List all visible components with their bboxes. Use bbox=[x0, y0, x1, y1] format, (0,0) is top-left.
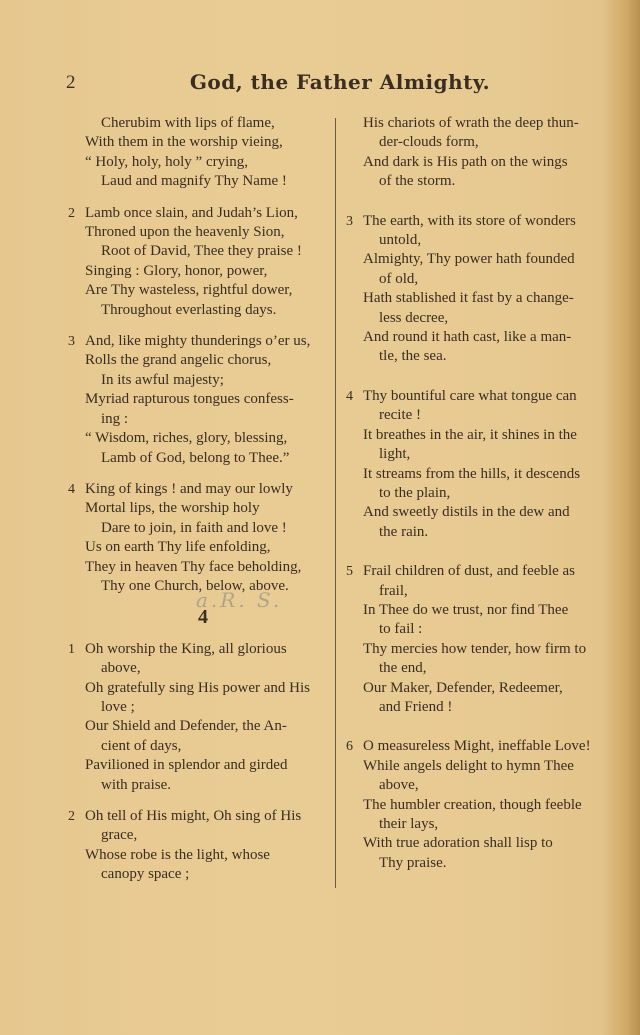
verse-line: Whose robe is the light, whose bbox=[68, 846, 334, 865]
verse-line: Laud and magnify Thy Name ! bbox=[68, 172, 334, 191]
stanza-number: 2 bbox=[68, 807, 75, 826]
verse-line: grace, bbox=[68, 826, 334, 845]
verse-line: Lamb once slain, and Judah’s Lion, bbox=[68, 204, 334, 223]
verse-line: Cherubim with lips of flame, bbox=[68, 114, 334, 133]
verse-line: Thy praise. bbox=[346, 854, 610, 873]
verse-line: Thy bountiful care what tongue can bbox=[346, 387, 610, 406]
stanza: 2Oh tell of His might, Oh sing of Hisgra… bbox=[68, 807, 334, 885]
verse-line: Root of David, Thee they praise ! bbox=[68, 242, 334, 261]
verse-line: above, bbox=[68, 659, 334, 678]
stanza: 4King of kings ! and may our lowlyMortal… bbox=[68, 480, 334, 596]
verse-line: recite ! bbox=[346, 406, 610, 425]
stanza-number: 2 bbox=[68, 204, 75, 223]
verse-line: King of kings ! and may our lowly bbox=[68, 480, 334, 499]
verse-line: frail, bbox=[346, 582, 610, 601]
stanza-number: 1 bbox=[68, 640, 75, 659]
stanza: 6O measureless Might, ineffable Love!Whi… bbox=[346, 737, 610, 873]
verse-line: the rain. bbox=[346, 523, 610, 542]
verse-line: their lays, bbox=[346, 815, 610, 834]
verse-line: the end, bbox=[346, 659, 610, 678]
verse-line: ing : bbox=[68, 410, 334, 429]
hymn-4-continued: His chariots of wrath the deep thun-der-… bbox=[346, 114, 610, 873]
verse-line: While angels delight to hymn Thee bbox=[346, 757, 610, 776]
verse-line: It breathes in the air, it shines in the bbox=[346, 426, 610, 445]
verse-line: Thy one Church, below, above. bbox=[68, 577, 334, 596]
verse-line: der-clouds form, bbox=[346, 133, 610, 152]
stanza: Cherubim with lips of flame,With them in… bbox=[68, 114, 334, 192]
verse-line: Lamb of God, belong to Thee.” bbox=[68, 449, 334, 468]
stanza-number: 3 bbox=[346, 212, 353, 231]
verse-line: of the storm. bbox=[346, 172, 610, 191]
verse-line: “ Holy, holy, holy ” crying, bbox=[68, 153, 334, 172]
verse-line: The humbler creation, though feeble bbox=[346, 796, 610, 815]
verse-line: And, like mighty thunderings o’er us, bbox=[68, 332, 334, 351]
verse-line: And sweetly distils in the dew and bbox=[346, 503, 610, 522]
verse-line: with praise. bbox=[68, 776, 334, 795]
verse-line: cient of days, bbox=[68, 737, 334, 756]
stanza: His chariots of wrath the deep thun-der-… bbox=[346, 114, 610, 192]
verse-line: With true adoration shall lisp to bbox=[346, 834, 610, 853]
stanza-number: 4 bbox=[346, 387, 353, 406]
left-column: Cherubim with lips of flame,With them in… bbox=[68, 114, 334, 897]
verse-line: light, bbox=[346, 445, 610, 464]
verse-line: Oh worship the King, all glorious bbox=[68, 640, 334, 659]
verse-line: of old, bbox=[346, 270, 610, 289]
verse-line: Dare to join, in faith and love ! bbox=[68, 519, 334, 538]
verse-line: Rolls the grand angelic chorus, bbox=[68, 351, 334, 370]
verse-line: Myriad rapturous tongues confess- bbox=[68, 390, 334, 409]
right-column: His chariots of wrath the deep thun-der-… bbox=[346, 114, 610, 893]
hymn-3-continued: Cherubim with lips of flame,With them in… bbox=[68, 114, 334, 596]
verse-line: Hath stablished it fast by a change- bbox=[346, 289, 610, 308]
verse-line: And dark is His path on the wings bbox=[346, 153, 610, 172]
verse-line: Thy mercies how tender, how firm to bbox=[346, 640, 610, 659]
verse-line: Throughout everlasting days. bbox=[68, 301, 334, 320]
verse-line: And round it hath cast, like a man- bbox=[346, 328, 610, 347]
stanza-number: 4 bbox=[68, 480, 75, 499]
stanza: 2Lamb once slain, and Judah’s Lion,Thron… bbox=[68, 204, 334, 320]
stanza: 5Frail children of dust, and feeble asfr… bbox=[346, 562, 610, 717]
verse-line: canopy space ; bbox=[68, 865, 334, 884]
verse-line: Frail children of dust, and feeble as bbox=[346, 562, 610, 581]
stanza: 4Thy bountiful care what tongue canrecit… bbox=[346, 387, 610, 542]
verse-line: Mortal lips, the worship holy bbox=[68, 499, 334, 518]
verse-line: Pavilioned in splendor and girded bbox=[68, 756, 334, 775]
verse-line: It streams from the hills, it descends bbox=[346, 465, 610, 484]
verse-line: They in heaven Thy face beholding, bbox=[68, 558, 334, 577]
stanza: 3The earth, with its store of wondersunt… bbox=[346, 212, 610, 367]
verse-line: Oh tell of His might, Oh sing of His bbox=[68, 807, 334, 826]
verse-line: tle, the sea. bbox=[346, 347, 610, 366]
verse-line: love ; bbox=[68, 698, 334, 717]
verse-line: and Friend ! bbox=[346, 698, 610, 717]
stanza-number: 5 bbox=[346, 562, 353, 581]
stanza: 3And, like mighty thunderings o’er us,Ro… bbox=[68, 332, 334, 468]
verse-line: With them in the worship vieing, bbox=[68, 133, 334, 152]
verse-line: Oh gratefully sing His power and His bbox=[68, 679, 334, 698]
verse-line: In Thee do we trust, nor find Thee bbox=[346, 601, 610, 620]
verse-line: Our Maker, Defender, Redeemer, bbox=[346, 679, 610, 698]
verse-line: Us on earth Thy life enfolding, bbox=[68, 538, 334, 557]
column-divider bbox=[335, 118, 336, 888]
verse-line: Are Thy wasteless, rightful dower, bbox=[68, 281, 334, 300]
stanza: 1Oh worship the King, all gloriousabove,… bbox=[68, 640, 334, 795]
verse-line: O measureless Might, ineffable Love! bbox=[346, 737, 610, 756]
stanza-number: 6 bbox=[346, 737, 353, 756]
hymn-number: 4 bbox=[68, 608, 334, 627]
verse-line: “ Wisdom, riches, glory, blessing, bbox=[68, 429, 334, 448]
verse-line: to fail : bbox=[346, 620, 610, 639]
verse-line: above, bbox=[346, 776, 610, 795]
running-title: God, the Father Almighty. bbox=[0, 70, 640, 94]
verse-line: Almighty, Thy power hath founded bbox=[346, 250, 610, 269]
verse-line: less decree, bbox=[346, 309, 610, 328]
verse-line: His chariots of wrath the deep thun- bbox=[346, 114, 610, 133]
stanza-number: 3 bbox=[68, 332, 75, 351]
verse-line: Our Shield and Defender, the An- bbox=[68, 717, 334, 736]
verse-line: Throned upon the heavenly Sion, bbox=[68, 223, 334, 242]
verse-line: In its awful majesty; bbox=[68, 371, 334, 390]
hymn-4: 1Oh worship the King, all gloriousabove,… bbox=[68, 640, 334, 885]
verse-line: to the plain, bbox=[346, 484, 610, 503]
verse-line: Singing : Glory, honor, power, bbox=[68, 262, 334, 281]
verse-line: untold, bbox=[346, 231, 610, 250]
verse-line: The earth, with its store of wonders bbox=[346, 212, 610, 231]
